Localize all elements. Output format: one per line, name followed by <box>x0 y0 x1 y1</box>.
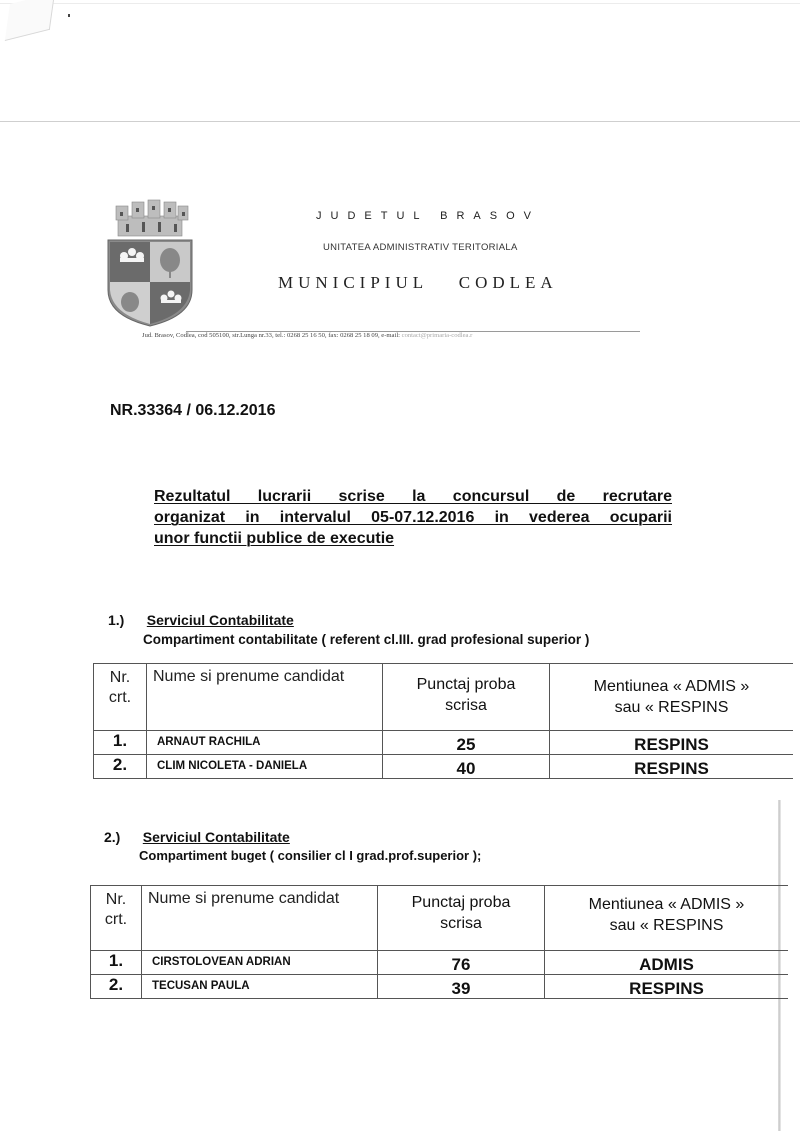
cell-nr: 1. <box>91 951 142 975</box>
section-department: Compartiment contabilitate ( referent cl… <box>143 632 589 647</box>
cell-result: RESPINS <box>550 731 794 755</box>
col-header-name: Nume si prenume candidat <box>147 664 383 731</box>
results-table-1: Nr.crt. Nume si prenume candidat Punctaj… <box>93 663 793 779</box>
results-table-2: Nr.crt. Nume si prenume candidat Punctaj… <box>90 885 788 999</box>
municipality-heading: MUNICIPIUL CODLEA <box>278 273 558 293</box>
table-row: 2. CLIM NICOLETA - DANIELA 40 RESPINS <box>94 755 794 779</box>
cell-nr: 1. <box>94 731 147 755</box>
cell-score: 76 <box>378 951 545 975</box>
section-service: Serviciul Contabilitate <box>147 612 294 628</box>
cell-score: 25 <box>383 731 550 755</box>
col-header-nr: Nr.crt. <box>94 664 147 731</box>
cell-nr: 2. <box>94 755 147 779</box>
cell-name: CLIM NICOLETA - DANIELA <box>147 755 383 779</box>
table-row: 1. ARNAUT RACHILA 25 RESPINS <box>94 731 794 755</box>
col-header-nr: Nr.crt. <box>91 886 142 951</box>
col-header-name: Nume si prenume candidat <box>142 886 378 951</box>
contact-line: Jud. Brasov, Codlea, cod 505100, str.Lun… <box>142 332 472 339</box>
col-header-score: Punctaj probascrisa <box>383 664 550 731</box>
cell-name: ARNAUT RACHILA <box>147 731 383 755</box>
table-row: 2. TECUSAN PAULA 39 RESPINS <box>91 975 789 999</box>
title-line: unor functii publice de executie <box>154 528 672 549</box>
county-heading: JUDETUL BRASOV <box>316 210 540 222</box>
section-1-heading: 1.) Serviciul Contabilitate <box>108 612 294 630</box>
cell-name: CIRSTOLOVEAN ADRIAN <box>142 951 378 975</box>
table-row: 1. CIRSTOLOVEAN ADRIAN 76 ADMIS <box>91 951 789 975</box>
section-number: 1.) <box>108 612 124 628</box>
folded-corner <box>5 0 55 41</box>
title-line: organizat in intervalul 05-07.12.2016 in… <box>154 507 672 528</box>
section-number: 2.) <box>104 829 120 845</box>
title-line: Rezultatul lucrarii scrise la concursul … <box>154 486 672 507</box>
unit-heading: UNITATEA ADMINISTRATIV TERITORIALA <box>323 242 518 253</box>
cell-score: 40 <box>383 755 550 779</box>
section-service: Serviciul Contabilitate <box>143 829 290 845</box>
cell-result: RESPINS <box>545 975 789 999</box>
section-2-heading: 2.) Serviciul Contabilitate <box>104 829 290 847</box>
col-header-mention: Mentiunea « ADMIS »sau « RESPINS <box>545 886 789 951</box>
cell-name: TECUSAN PAULA <box>142 975 378 999</box>
scan-fold-line <box>0 121 800 122</box>
contact-email: contact@primaria-codlea.r <box>402 332 473 339</box>
cell-result: ADMIS <box>545 951 789 975</box>
section-department: Compartiment buget ( consilier cl I grad… <box>139 848 481 863</box>
scan-edge-line <box>0 3 800 4</box>
contact-address: Jud. Brasov, Codlea, cod 505100, str.Lun… <box>142 332 400 339</box>
scan-speck <box>68 14 70 17</box>
col-header-score: Punctaj probascrisa <box>378 886 545 951</box>
coat-of-arms-icon <box>104 198 196 328</box>
cell-nr: 2. <box>91 975 142 999</box>
document-number: NR.33364 / 06.12.2016 <box>110 402 275 420</box>
cell-result: RESPINS <box>550 755 794 779</box>
document-title: Rezultatul lucrarii scrise la concursul … <box>154 486 672 549</box>
col-header-mention: Mentiunea « ADMIS »sau « RESPINS <box>550 664 794 731</box>
cell-score: 39 <box>378 975 545 999</box>
